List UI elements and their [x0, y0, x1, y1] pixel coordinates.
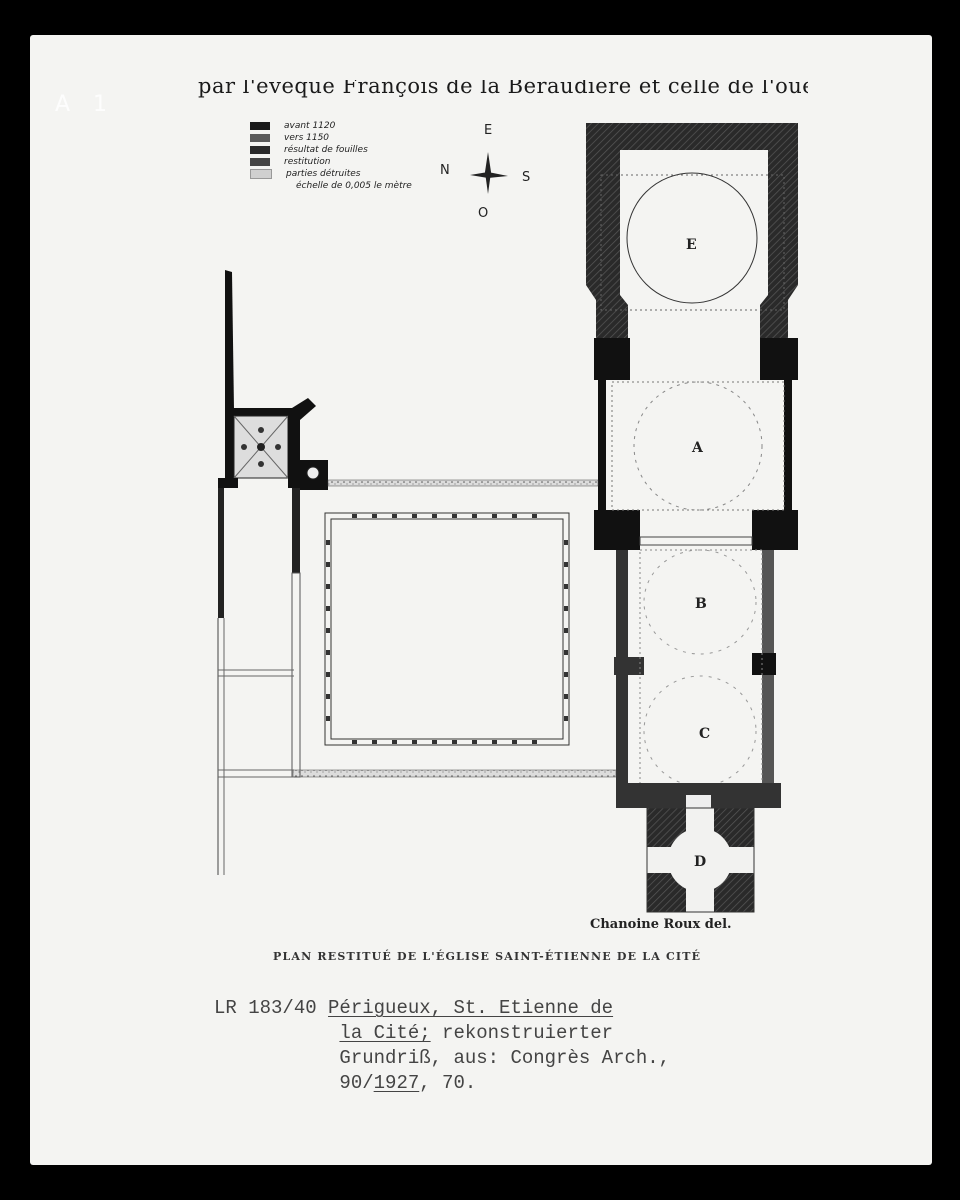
room-label-b: B	[695, 596, 707, 612]
drawing-credit: Chanoine Roux del.	[590, 917, 732, 932]
plan-caption: PLAN RESTITUÉ DE L'ÉGLISE SAINT-ÉTIENNE …	[273, 950, 701, 963]
tower-structure	[218, 270, 328, 618]
catalog-reference: LR 183/40	[214, 997, 317, 1019]
bay-e: E	[586, 123, 798, 340]
catalog-year: 1927	[374, 1072, 420, 1094]
room-label-a: A	[691, 440, 704, 456]
catalog-title-line-1: Périgueux, St. Etienne de	[328, 997, 613, 1019]
catalog-source: Grundriß, aus: Congrès Arch.,	[339, 1047, 670, 1069]
catalog-card-text: LR 183/40 Périgueux, St. Etienne de la C…	[214, 996, 670, 1096]
catalog-title-line-2: la Cité;	[339, 1022, 430, 1044]
bay-a: A	[594, 338, 798, 550]
room-label-c: C	[699, 726, 710, 742]
room-label-d: D	[694, 854, 706, 870]
cloister	[218, 480, 616, 875]
room-label-e: E	[686, 237, 697, 253]
porch-d: D	[647, 808, 754, 912]
compass-rose-icon	[470, 152, 508, 194]
bays-b-c: B C	[614, 550, 781, 808]
